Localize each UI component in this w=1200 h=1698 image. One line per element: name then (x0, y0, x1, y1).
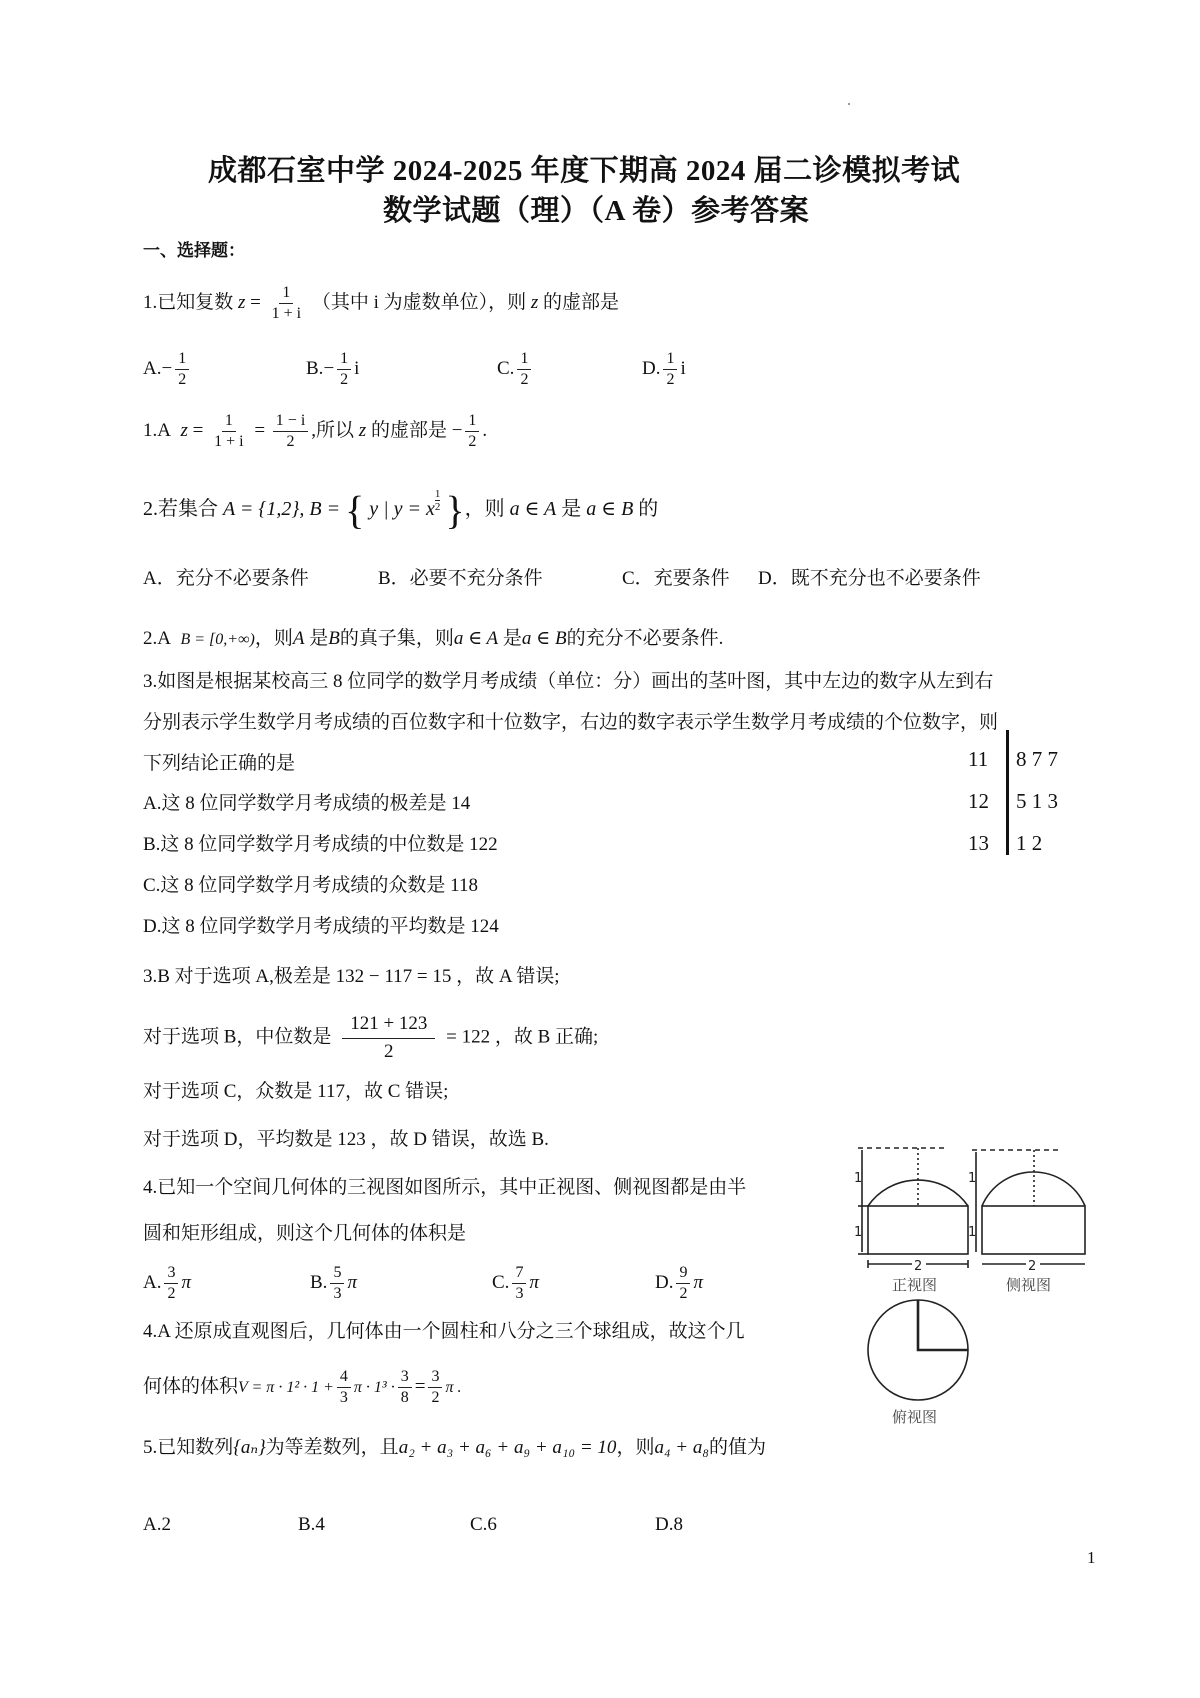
question-3-option-c: C.这 8 位同学数学月考成绩的众数是 118 (143, 874, 478, 898)
scan-artifact-dot (848, 103, 850, 105)
section-heading: 一、选择题： (143, 236, 245, 261)
question-4-option-c: C.73π (492, 1264, 539, 1303)
question-3-answer-line4: 对于选项 D，平均数是 123 ，故 D 错误，故选 B. (143, 1128, 549, 1152)
question-2-option-b: B．必要不充分条件 (378, 567, 543, 591)
question-1-stem: 1.已知复数 z = 11 + i （其中 i 为虚数单位），则 z 的虚部是 (143, 284, 619, 323)
question-5-option-a: A.2 (143, 1513, 171, 1537)
question-3-option-d: D.这 8 位同学数学月考成绩的平均数是 124 (143, 915, 499, 939)
stem-row: 125 1 3 (968, 780, 1088, 822)
question-2-option-a: A．充分不必要条件 (143, 567, 309, 591)
question-3-answer-line2: 对于选项 B，中位数是 121 + 1232 = 122 ，故 B 正确; (143, 1012, 598, 1064)
question-1-option-a: A.−12 (143, 350, 192, 389)
question-4-option-a: A.32π (143, 1264, 191, 1303)
question-1-option-d: D.12i (642, 350, 686, 389)
question-1-option-c: C.12 (497, 350, 534, 389)
question-4-answer-line2: 何体的体积V = π · 1² · 1 +43π · 1³ ·38=32π . (143, 1368, 461, 1407)
question-5-stem: 5.已知数列{aₙ}为等差数列，且a₂ + a₃ + a₆ + a₉ + a₁₀… (143, 1436, 766, 1460)
question-1-option-b: B.−12i (306, 350, 359, 389)
fraction: 11 + i (269, 284, 304, 323)
document-title-line2: 数学试题（理）（A 卷）参考答案 (383, 188, 809, 229)
question-4-option-b: B.53π (310, 1264, 357, 1303)
question-2-stem: 2.若集合 A = {1,2}, B = { y | y = x12 }，则 a… (143, 488, 658, 522)
question-5-option-c: C.6 (470, 1513, 497, 1537)
svg-text:1: 1 (968, 1225, 976, 1240)
stem-row: 118 7 7 (968, 738, 1088, 780)
side-view-label: 侧视图 (1006, 1276, 1051, 1294)
svg-text:2: 2 (914, 1259, 922, 1274)
document-title-line1: 成都石室中学 2024-2025 年度下期高 2024 届二诊模拟考试 (208, 148, 960, 189)
front-view-label: 正视图 (892, 1276, 937, 1294)
stem-leaf-plot: 118 7 7 125 1 3 131 2 (968, 738, 1088, 864)
question-4-option-d: D.92π (655, 1264, 703, 1303)
question-3-answer-line1: 3.B 对于选项 A,极差是 132 − 117 = 15 ，故 A 错误; (143, 965, 560, 989)
question-3-option-a: A.这 8 位同学数学月考成绩的极差是 14 (143, 792, 470, 816)
question-3-stem-line3: 下列结论正确的是 (143, 752, 295, 776)
question-3-stem-line2: 分别表示学生数学月考成绩的百位数字和十位数字，右边的数字表示学生数学月考成绩的个… (143, 711, 998, 735)
question-3-option-b: B.这 8 位同学数学月考成绩的中位数是 122 (143, 833, 498, 857)
question-3-answer-line3: 对于选项 C，众数是 117，故 C 错误; (143, 1080, 448, 1104)
svg-text:2: 2 (1028, 1259, 1036, 1274)
question-5-option-d: D.8 (655, 1513, 683, 1537)
svg-text:1: 1 (854, 1171, 862, 1186)
question-2-option-d: D．既不充分也不必要条件 (758, 567, 981, 591)
question-2-answer: 2.A B = [0,+∞)，则A 是B的真子集，则a ∈ A 是a ∈ B的充… (143, 627, 723, 652)
svg-text:1: 1 (968, 1171, 976, 1186)
question-1-answer: 1.A z = 11 + i = 1 − i2,所以 z 的虚部是 −12. (143, 412, 487, 451)
question-4-answer-line1: 4.A 还原成直观图后，几何体由一个圆柱和八分之三个球组成，故这个几 (143, 1320, 745, 1344)
question-2-option-c: C．充要条件 (622, 567, 730, 591)
stem-row: 131 2 (968, 822, 1088, 864)
question-4-stem-line2: 圆和矩形组成，则这个几何体的体积是 (143, 1222, 466, 1246)
question-3-stem-line1: 3.如图是根据某校高三 8 位同学的数学月考成绩（单位：分）画出的茎叶图，其中左… (143, 670, 993, 694)
three-view-figure: 1 1 2 1 1 2 正视图 侧视图 俯视图 (830, 1140, 1090, 1460)
question-4-stem-line1: 4.已知一个空间几何体的三视图如图所示，其中正视图、侧视图都是由半 (143, 1176, 746, 1200)
page-number: 1 (1087, 1548, 1096, 1568)
question-5-option-b: B.4 (298, 1513, 325, 1537)
top-view-label: 俯视图 (892, 1408, 937, 1426)
stem-divider (1006, 730, 1009, 855)
svg-text:1: 1 (854, 1225, 862, 1240)
